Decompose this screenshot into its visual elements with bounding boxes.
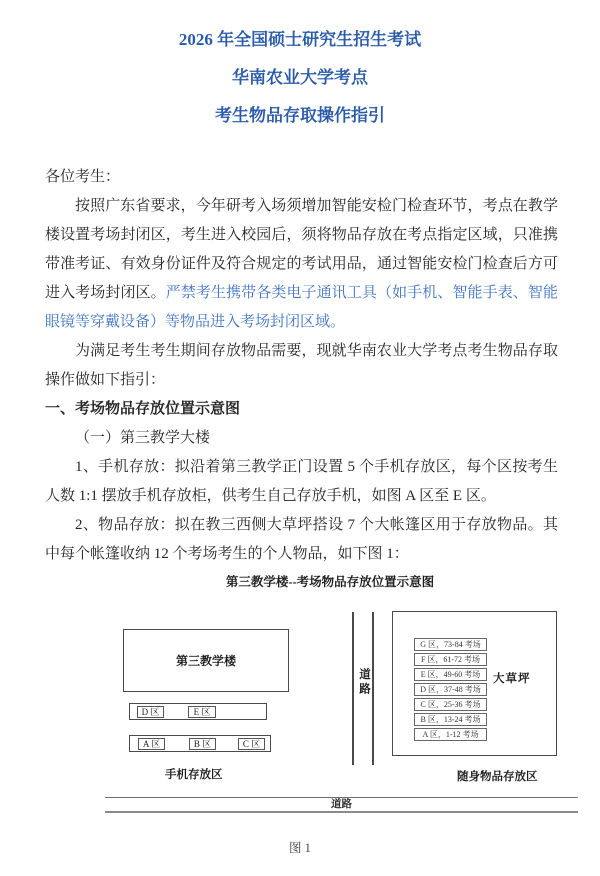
paragraph-purpose: 为满足考生考生期间存放物品需要，现就华南农业大学考点考生物品存取操作做如下指引： [45,337,558,395]
salutation: 各位考生： [45,163,558,192]
phone-zone-a: A 区 [138,738,165,750]
tent-zone-c: C 区，25-36 考场 [414,698,487,711]
horizontal-road-line-bottom [105,811,578,813]
phone-storage-row-front: A 区 B 区 C 区 [129,735,271,752]
phone-zone-b: B 区 [189,738,216,750]
horizontal-road-label: 道路 [105,798,578,811]
tent-zone-a: A 区，1-12 考场 [414,728,487,741]
figure-title: 第三教学楼--考场物品存放位置示意图 [58,572,600,590]
teaching-building-label: 第三教学楼 [176,652,236,669]
phone-storage-area-label: 手机存放区 [165,766,223,782]
document-page: 2026 年全国硕士研究生招生考试 华南农业大学考点 考生物品存取操作指引 各位… [0,0,600,876]
section-heading-storage-map: 一、考场物品存放位置示意图 [45,395,558,424]
tent-zone-g: G 区，73-84 考场 [414,638,487,651]
tent-zone-f: F 区，61-72 考场 [414,653,487,666]
item-phone-storage: 1、手机存放：拟沿着第三教学正门设置 5 个手机存放区，每个区按考生人数 1:1… [45,453,558,511]
document-title: 2026 年全国硕士研究生招生考试 华南农业大学考点 考生物品存取操作指引 [0,0,600,135]
phone-zone-d: D 区 [137,706,164,718]
item-belongings-storage: 2、物品存放：拟在教三西侧大草坪搭设 7 个大帐篷区用于存放物品。其中每个帐篷收… [45,511,558,569]
lawn-label: 大草坪 [493,670,531,686]
title-line-site: 华南农业大学考点 [0,59,600,97]
title-line-guide: 考生物品存取操作指引 [0,97,600,135]
tent-zone-list: G 区，73-84 考场 F 区，61-72 考场 E 区，49-60 考场 D… [414,638,487,741]
vertical-road-line-right [372,612,374,765]
tent-zone-e: E 区，49-60 考场 [414,668,487,681]
teaching-building-outline: 第三教学楼 [123,629,289,692]
paragraph-security-check: 按照广东省要求，今年研考入场须增加智能安检门检查环节，考点在教学楼设置考场封闭区… [45,192,558,337]
personal-items-area-label: 随身物品存放区 [457,768,538,784]
tent-zone-d: D 区，37-48 考场 [414,683,487,696]
phone-storage-row-back: D 区 E 区 [129,703,267,720]
storage-layout-figure: 第三教学楼--考场物品存放位置示意图 第三教学楼 D 区 E 区 A 区 B 区… [0,562,600,876]
document-body: 各位考生： 按照广东省要求，今年研考入场须增加智能安检门检查环节，考点在教学楼设… [0,163,600,569]
vertical-road-label: 道路 [354,668,372,697]
phone-zone-e: E 区 [188,706,216,718]
phone-zone-c: C 区 [238,738,265,750]
figure-caption: 图 1 [0,838,600,856]
tent-zone-b: B 区，13-24 考场 [414,713,487,726]
subsection-building-three: （一）第三教学大楼 [45,424,558,453]
lawn-area-outline: G 区，73-84 考场 F 区，61-72 考场 E 区，49-60 考场 D… [392,611,557,756]
title-line-exam: 2026 年全国硕士研究生招生考试 [0,21,600,59]
